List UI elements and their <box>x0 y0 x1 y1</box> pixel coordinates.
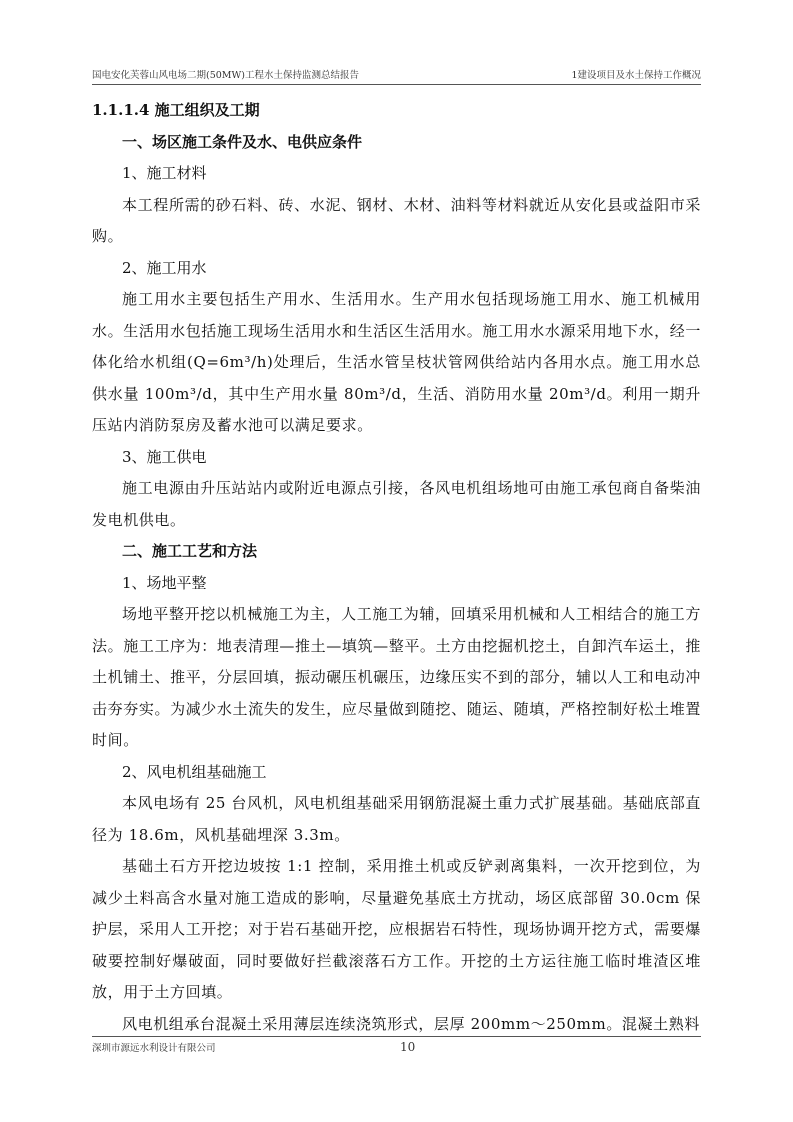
item-heading-materials: 1、施工材料 <box>92 158 701 190</box>
item-heading-leveling: 1、场地平整 <box>92 568 701 600</box>
page-number: 10 <box>400 1040 415 1054</box>
item-heading-power: 3、施工供电 <box>92 442 701 474</box>
header-report-title: 国电安化芙蓉山风电场二期(50MW)工程水土保持监测总结报告 <box>92 67 359 81</box>
page-header: 国电安化芙蓉山风电场二期(50MW)工程水土保持监测总结报告 1建设项目及水土保… <box>92 66 701 82</box>
header-divider <box>92 84 701 85</box>
page-footer: 深圳市源远水利设计有限公司 10 <box>92 1040 701 1056</box>
paragraph-power: 施工电源由升压站站内或附近电源点引接，各风电机组场地可由施工承包商自备柴油发电机… <box>92 473 701 536</box>
subsection-heading-methods: 二、施工工艺和方法 <box>92 536 701 568</box>
page-body: 1.1.1.4 施工组织及工期 一、场区施工条件及水、电供应条件 1、施工材料 … <box>92 95 701 1040</box>
header-chapter-title: 1建设项目及水土保持工作概况 <box>571 67 701 81</box>
item-heading-foundation: 2、风电机组基础施工 <box>92 757 701 789</box>
subsection-heading-conditions: 一、场区施工条件及水、电供应条件 <box>92 127 701 159</box>
paragraph-water: 施工用水主要包括生产用水、生活用水。生产用水包括现场施工用水、施工机械用水。生活… <box>92 284 701 442</box>
footer-divider <box>92 1036 701 1037</box>
paragraph-foundation-2: 基础土石方开挖边坡按 1:1 控制，采用推土机或反铲剥离集料，一次开挖到位，为减… <box>92 851 701 1009</box>
paragraph-materials: 本工程所需的砂石料、砖、水泥、钢材、木材、油料等材料就近从安化县或益阳市采购。 <box>92 190 701 253</box>
paragraph-foundation-1: 本风电场有 25 台风机，风电机组基础采用钢筋混凝土重力式扩展基础。基础底部直径… <box>92 788 701 851</box>
item-heading-water: 2、施工用水 <box>92 253 701 285</box>
paragraph-leveling: 场地平整开挖以机械施工为主，人工施工为辅，回填采用机械和人工相结合的施工方法。施… <box>92 599 701 757</box>
section-heading: 1.1.1.4 施工组织及工期 <box>92 95 701 127</box>
footer-company: 深圳市源远水利设计有限公司 <box>92 1040 216 1054</box>
